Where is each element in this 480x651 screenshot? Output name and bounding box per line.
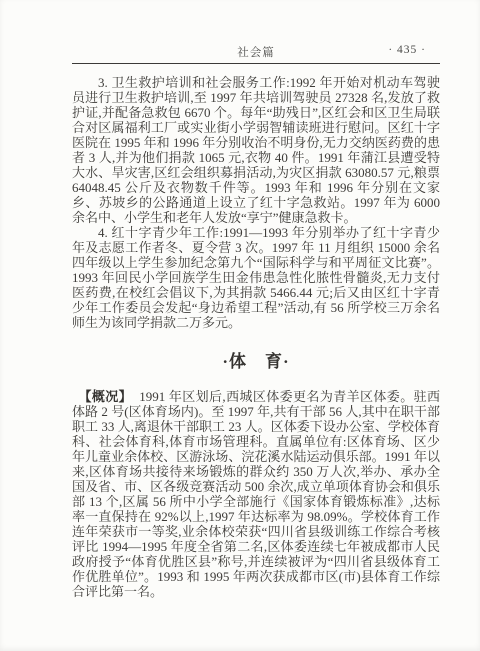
article-sports: 【概况】1991 年区划后,西城区体委更名为青羊区体委。驻西体路 2 号(区体育… xyxy=(72,389,440,599)
paragraph-health-rescue-training: 3. 卫生救护培训和社会服务工作:1992 年开始对机动车驾驶员进行卫生救护培训… xyxy=(72,75,440,225)
article-red-cross: 3. 卫生救护培训和社会服务工作:1992 年开始对机动车驾驶员进行卫生救护培训… xyxy=(72,75,440,330)
overview-text: 1991 年区划后,西城区体委更名为青羊区体委。驻西体路 2 号(区体育场内)。… xyxy=(72,389,440,599)
page-header: 社会篇 · 435 · xyxy=(72,44,440,60)
paragraph-red-cross-youth-work: 4. 红十字青少年工作:1991—1993 年分别举办了红十字青少年及志愿工作者… xyxy=(72,225,440,330)
chapter-heading-sports: ·体 育· xyxy=(72,347,440,372)
header-rule xyxy=(72,63,440,64)
running-header-title: 社会篇 xyxy=(237,47,275,59)
document-page: 社会篇 · 435 · 3. 卫生救护培训和社会服务工作:1992 年开始对机动… xyxy=(0,0,480,651)
page-number: · 435 · xyxy=(388,44,426,56)
overview-label: 【概况】 xyxy=(79,389,133,404)
paragraph-sports-overview: 【概况】1991 年区划后,西城区体委更名为青羊区体委。驻西体路 2 号(区体育… xyxy=(72,389,440,599)
page-content: 社会篇 · 435 · 3. 卫生救护培训和社会服务工作:1992 年开始对机动… xyxy=(72,44,440,599)
